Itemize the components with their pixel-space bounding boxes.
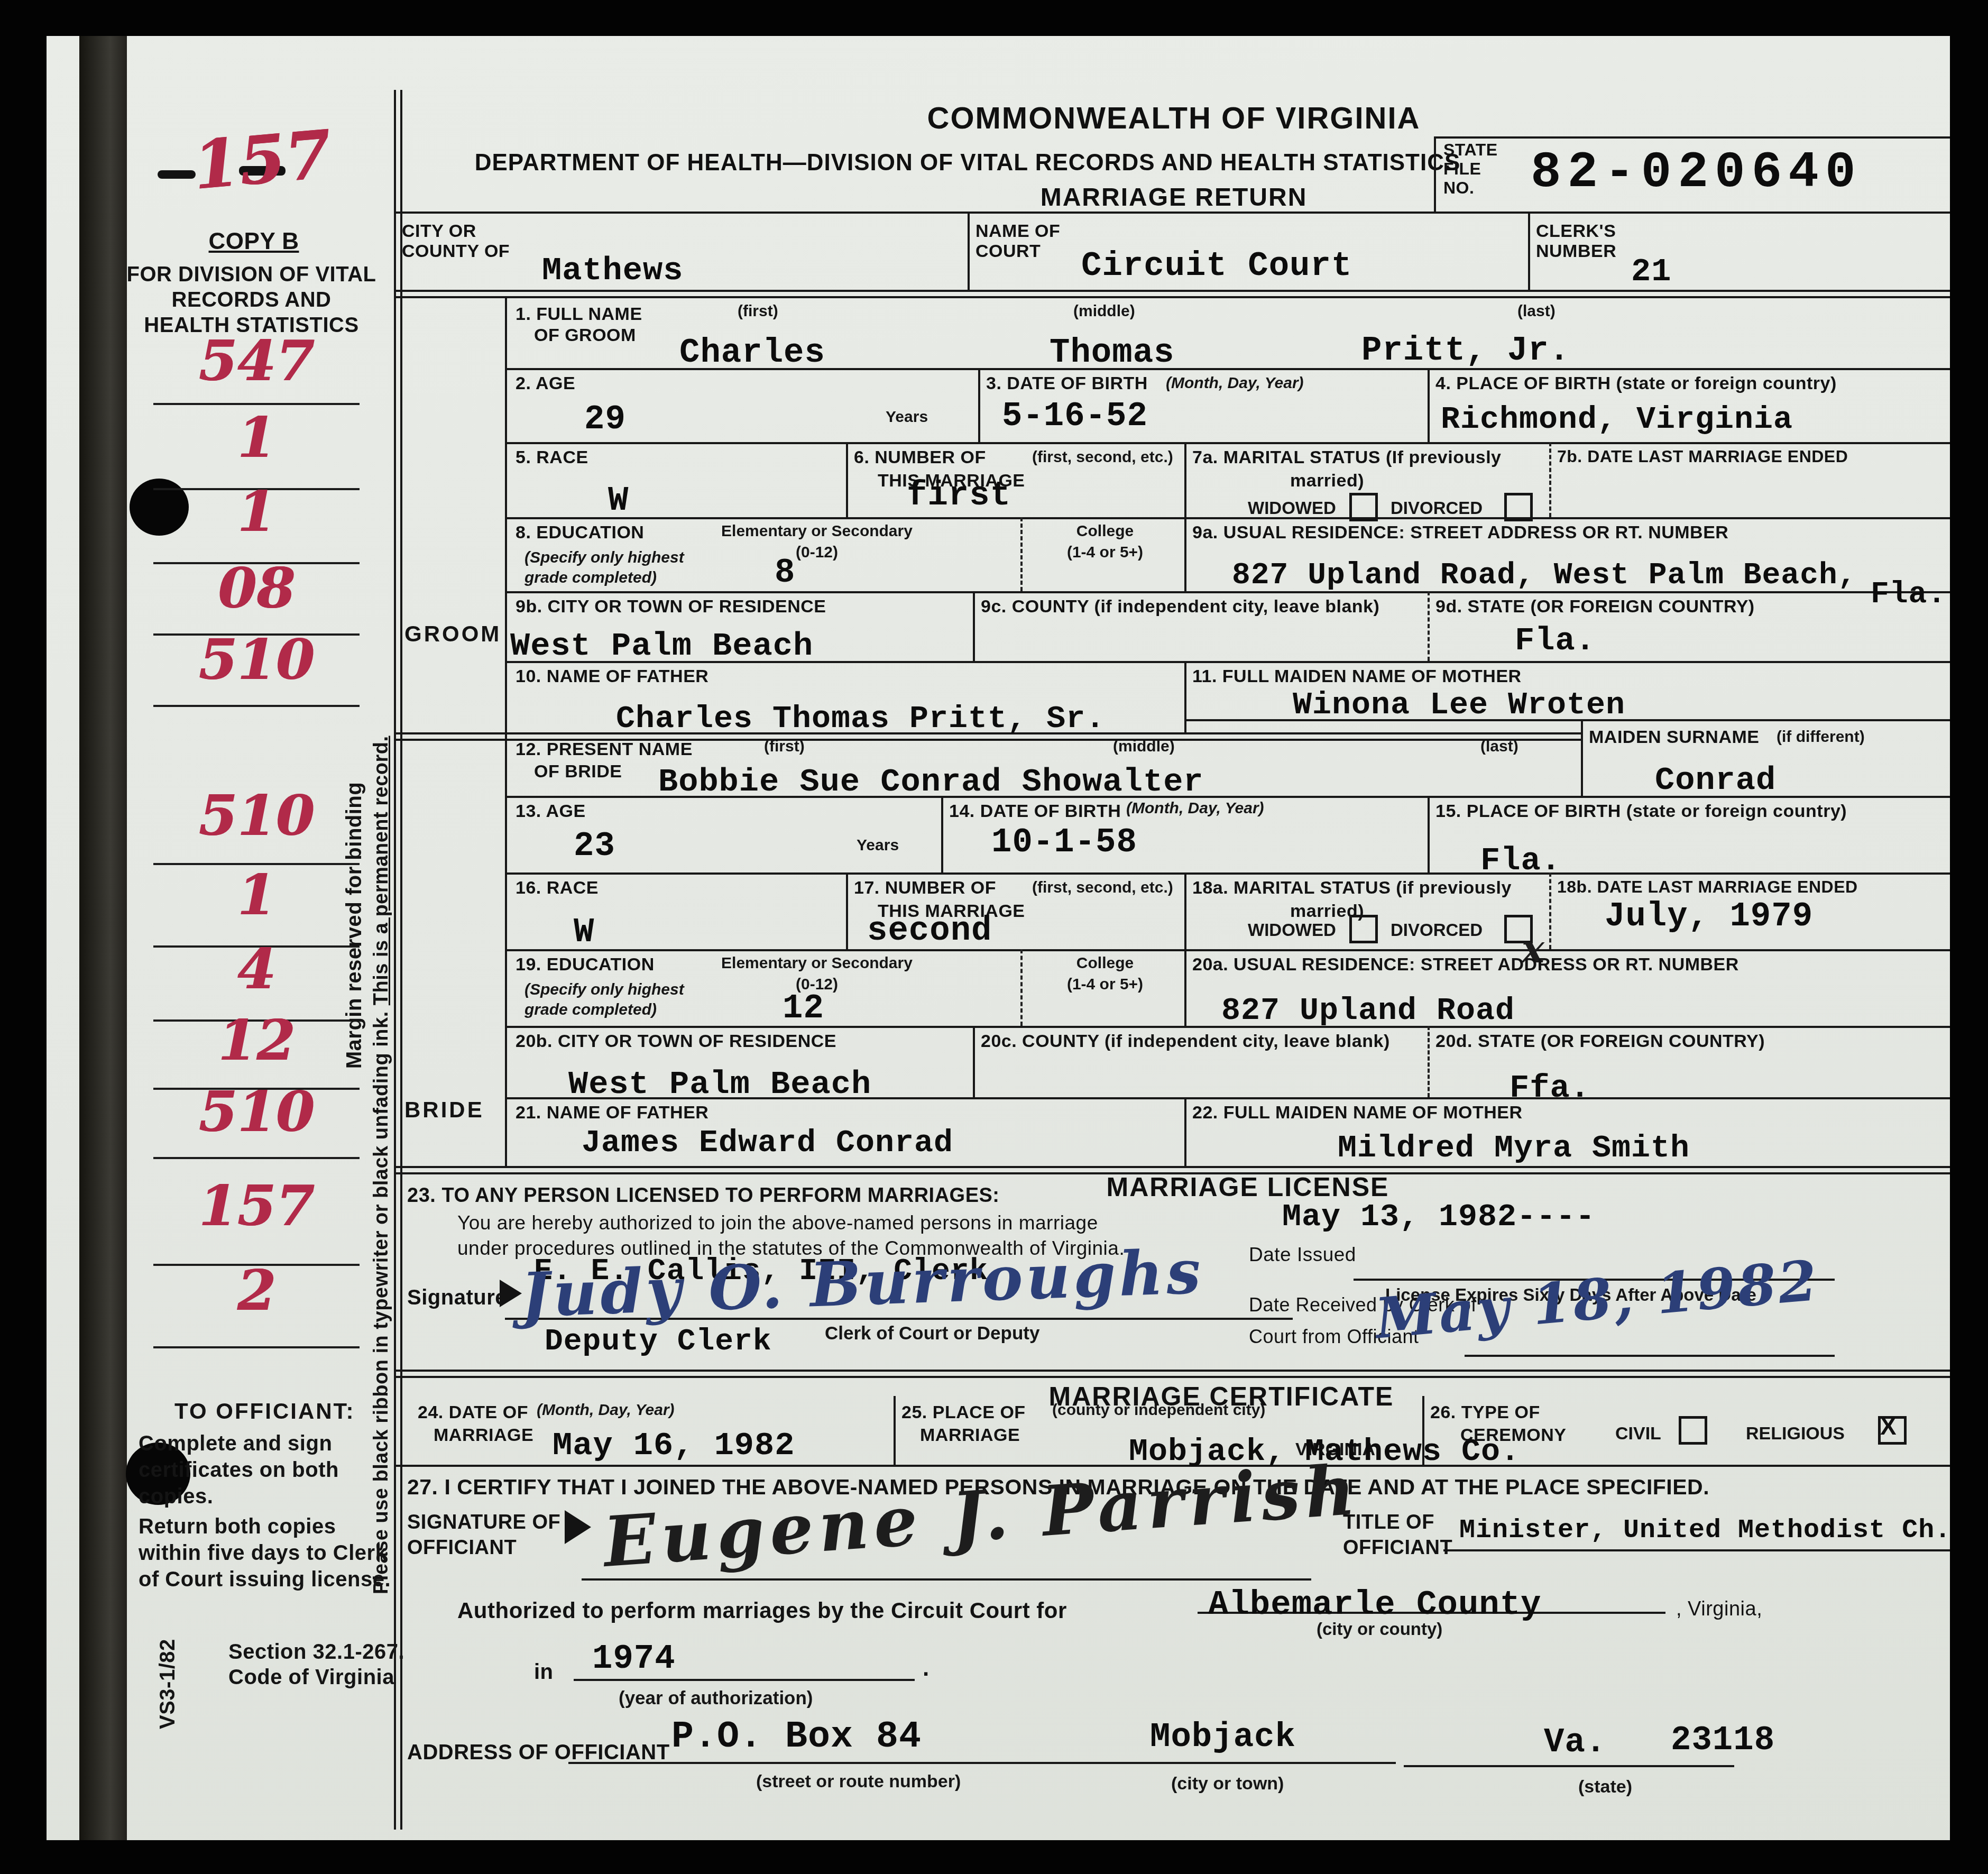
rule xyxy=(505,949,1950,951)
rule xyxy=(1434,136,1436,212)
bride-mother-value: Mildred Myra Smith xyxy=(1338,1131,1690,1166)
groom-marital-status-label-2: married) xyxy=(1290,471,1364,491)
court-value: Circuit Court xyxy=(1081,247,1352,286)
rule xyxy=(973,1026,975,1097)
marriage-date-label-1: 24. DATE OF xyxy=(418,1402,528,1422)
bride-city-value: West Palm Beach xyxy=(568,1065,871,1103)
auth-place-value: Albemarle County xyxy=(1208,1586,1542,1624)
groom-age-label: 2. AGE xyxy=(516,373,575,393)
license-title: MARRIAGE LICENSE xyxy=(1057,1172,1438,1202)
marriage-place-sub: (county or independent city) xyxy=(1052,1401,1265,1419)
groom-education-value: 8 xyxy=(775,554,795,592)
clerk-number-label-1: CLERK'S xyxy=(1536,221,1616,241)
city-county-label-1: CITY OR xyxy=(402,221,476,241)
form-code: VS3-1/82 xyxy=(156,1639,180,1729)
margin-red-number: 157 xyxy=(153,1178,360,1266)
bride-name-label-2: OF BRIDE xyxy=(534,761,622,782)
to-officiant-title: TO OFFICIANT: xyxy=(174,1399,355,1424)
rule xyxy=(1428,368,1430,442)
rule xyxy=(505,296,507,1166)
bride-divorced-label: DIVORCED xyxy=(1391,920,1483,940)
groom-race-label: 5. RACE xyxy=(516,447,588,467)
bride-race-label: 16. RACE xyxy=(516,878,599,898)
address-street-sub: (street or route number) xyxy=(756,1771,961,1792)
groom-pob-label: 4. PLACE OF BIRTH (state or foreign coun… xyxy=(1435,373,1837,393)
rule xyxy=(1549,442,1551,517)
margin-top-number: 157 xyxy=(190,116,334,205)
groom-marital-status-label-1: 7a. MARITAL STATUS (If previously xyxy=(1192,447,1502,467)
rule xyxy=(394,296,1950,298)
clerk-number-value: 21 xyxy=(1631,253,1671,290)
date-issued-value: May 13, 1982---- xyxy=(1282,1199,1595,1235)
groom-city-value: West Palm Beach xyxy=(510,627,813,665)
address-city-sub: (city or town) xyxy=(1171,1774,1284,1794)
bride-education-label: 19. EDUCATION xyxy=(516,954,655,975)
address-state-value: Va. xyxy=(1544,1724,1606,1762)
binding-note: Margin reserved for binding xyxy=(343,624,366,1227)
groom-race-value: W xyxy=(608,482,629,520)
address-zip-value: 23118 xyxy=(1671,1722,1775,1760)
pen-mark xyxy=(158,170,196,179)
groom-father-label: 10. NAME OF FATHER xyxy=(516,666,708,686)
margin-red-number: 547 xyxy=(153,333,360,405)
bride-elem-secondary-label: Elementary or Secondary xyxy=(664,954,970,972)
to-officiant-note-1: Complete and sign certificates on both c… xyxy=(139,1430,392,1510)
groom-residence-value-2: Fla. xyxy=(1871,577,1946,612)
bride-age-value: 23 xyxy=(574,828,615,866)
groom-dob-sub: (Month, Day, Year) xyxy=(1166,374,1304,392)
maiden-surname-label: MAIDEN SURNAME xyxy=(1589,727,1759,747)
ceremony-type-label-2: CEREMONY xyxy=(1460,1425,1566,1445)
state-file-number: 82-020640 xyxy=(1531,144,1862,201)
bride-pob-label: 15. PLACE OF BIRTH (state or foreign cou… xyxy=(1435,801,1847,821)
officiant-signature-label-1: SIGNATURE OF xyxy=(407,1511,560,1534)
state-file-label-2: FILE xyxy=(1443,160,1481,179)
binding-strip xyxy=(79,36,127,1840)
margin-red-number: 510 xyxy=(153,788,360,865)
department-title: DEPARTMENT OF HEALTH—DIVISION OF VITAL R… xyxy=(444,150,1491,176)
to-officiant-note-2: Return both copies within five days to C… xyxy=(139,1513,398,1593)
rule xyxy=(394,290,1950,292)
bride-middle-sub: (middle) xyxy=(1113,738,1175,756)
margin-red-number: 2 xyxy=(153,1263,360,1348)
rule xyxy=(1428,796,1430,872)
groom-mother-label: 11. FULL MAIDEN NAME OF MOTHER xyxy=(1192,666,1522,686)
period: . xyxy=(923,1655,929,1681)
groom-pob-value: Richmond, Virginia xyxy=(1441,402,1793,438)
groom-city-label: 9b. CITY OR TOWN OF RESIDENCE xyxy=(516,596,826,617)
bride-section-label: BRIDE xyxy=(404,1097,484,1123)
groom-widowed-checkbox xyxy=(1349,493,1378,521)
groom-dob-label: 3. DATE OF BIRTH xyxy=(986,373,1148,393)
ink-note: Please use black ribbon in typewriter or… xyxy=(370,225,393,1594)
bride-last-marriage-ended-value: July, 1979 xyxy=(1605,898,1813,936)
groom-residence-label: 9a. USUAL RESIDENCE: STREET ADDRESS OR R… xyxy=(1192,522,1728,543)
bride-county-label: 20c. COUNTY (if independent city, leave … xyxy=(981,1031,1390,1051)
maiden-surname-sub: (if different) xyxy=(1777,728,1865,746)
bride-mother-label: 22. FULL MAIDEN NAME OF MOTHER xyxy=(1192,1103,1523,1123)
margin-red-number: 510 xyxy=(153,632,360,707)
groom-age-value: 29 xyxy=(584,401,626,439)
bride-last-marriage-ended-label: 18b. DATE LAST MARRIAGE ENDED xyxy=(1557,878,1858,897)
groom-name-label-1: 1. FULL NAME xyxy=(516,304,642,324)
bride-years-label: Years xyxy=(857,837,899,855)
groom-divorced-checkbox xyxy=(1504,493,1533,521)
rule xyxy=(941,796,943,872)
groom-marriage-no-value: first xyxy=(907,477,1011,515)
officiant-signature-arrow-icon xyxy=(565,1510,591,1544)
bride-widowed-label: WIDOWED xyxy=(1248,920,1336,940)
bride-dob-label: 14. DATE OF BIRTH xyxy=(949,801,1121,821)
marriage-date-sub: (Month, Day, Year) xyxy=(537,1401,675,1419)
code-reference-line2: Code of Virginia xyxy=(228,1666,394,1689)
marriage-place-label-1: 25. PLACE OF xyxy=(901,1402,1026,1422)
groom-education-sub-2: grade completed) xyxy=(524,569,657,587)
rule xyxy=(1528,212,1530,290)
rule xyxy=(1428,1026,1430,1097)
bride-college-range: (1-4 or 5+) xyxy=(1031,976,1179,994)
years-label: Years xyxy=(886,408,928,426)
rule xyxy=(1184,661,1186,732)
bride-city-label: 20b. CITY OR TOWN OF RESIDENCE xyxy=(516,1031,836,1051)
officiant-signature-label-2: OFFICIANT xyxy=(407,1537,517,1559)
groom-first-name: Charles xyxy=(679,334,825,372)
address-street-value: P.O. Box 84 xyxy=(671,1716,922,1758)
college-range: (1-4 or 5+) xyxy=(1031,544,1179,562)
rule xyxy=(394,1370,1950,1372)
bride-dob-sub: (Month, Day, Year) xyxy=(1126,800,1264,817)
rule xyxy=(1581,719,1583,796)
permanent-record-note: This is a permanent record. xyxy=(370,736,392,1005)
bride-father-label: 21. NAME OF FATHER xyxy=(516,1103,708,1123)
clerk-number-label-2: NUMBER xyxy=(1536,241,1616,261)
court-label-1: NAME OF xyxy=(975,221,1060,241)
address-rule xyxy=(568,1762,1396,1764)
bride-state-label: 20d. STATE (OR FOREIGN COUNTRY) xyxy=(1435,1031,1765,1051)
rule xyxy=(394,212,1950,214)
license-text-line1: You are hereby authorized to join the ab… xyxy=(457,1212,1098,1234)
bride-first-sub: (first) xyxy=(764,738,805,756)
officiant-title-label-1: TITLE OF xyxy=(1343,1511,1434,1534)
bride-dob-value: 10-1-58 xyxy=(991,824,1137,862)
margin-red-number: 1 xyxy=(153,484,360,564)
marriage-date-label-2: MARRIAGE xyxy=(434,1425,533,1445)
civil-label: CIVIL xyxy=(1615,1423,1661,1444)
marriage-place-label-2: MARRIAGE xyxy=(920,1425,1020,1445)
rule xyxy=(1020,517,1023,591)
state-file-label-1: STATE xyxy=(1443,141,1498,160)
rule xyxy=(846,872,848,949)
rule xyxy=(846,442,848,517)
bride-name-value: Bobbie Sue Conrad Showalter xyxy=(658,763,1204,801)
groom-name-label-2: OF GROOM xyxy=(534,325,636,345)
marriage-date-value: May 16, 1982 xyxy=(553,1427,795,1464)
bride-widowed-checkbox xyxy=(1349,915,1378,943)
rule xyxy=(1428,591,1430,661)
address-state-sub: (state) xyxy=(1578,1777,1632,1797)
signature-arrow-icon xyxy=(500,1280,522,1307)
groom-county-label: 9c. COUNTY (if independent city, leave b… xyxy=(981,596,1379,617)
bride-residence-label: 20a. USUAL RESIDENCE: STREET ADDRESS OR … xyxy=(1192,954,1739,975)
rule xyxy=(505,517,1950,519)
groom-widowed-label: WIDOWED xyxy=(1248,498,1336,518)
last-sub: (last) xyxy=(1517,302,1556,320)
city-county-value: Mathews xyxy=(542,252,683,289)
rule xyxy=(400,90,402,1830)
bride-residence-value: 827 Upland Road xyxy=(1221,993,1515,1029)
bride-state-value: Ffa. xyxy=(1510,1069,1590,1107)
code-reference-line1: Section 32.1-267. xyxy=(228,1640,404,1664)
bride-education-value: 12 xyxy=(783,990,824,1028)
rule xyxy=(394,1376,1950,1378)
auth-year-value: 1974 xyxy=(592,1640,676,1678)
groom-father-value: Charles Thomas Pritt, Sr. xyxy=(616,701,1105,737)
groom-divorced-label: DIVORCED xyxy=(1391,498,1483,518)
rule xyxy=(1184,442,1186,517)
state-file-label-3: NO. xyxy=(1443,179,1474,198)
rule xyxy=(973,591,975,661)
groom-state-value: Fla. xyxy=(1515,622,1596,659)
groom-state-label: 9d. STATE (OR FOREIGN COUNTRY) xyxy=(1435,596,1755,617)
address-state-rule xyxy=(1404,1765,1734,1767)
bride-marriage-no-value: second xyxy=(867,912,992,950)
form-title: MARRIAGE RETURN xyxy=(973,183,1375,212)
groom-dob-value: 5-16-52 xyxy=(1002,398,1148,436)
address-label: ADDRESS OF OFFICIANT xyxy=(407,1741,670,1765)
elem-secondary-label: Elementary or Secondary xyxy=(664,522,970,540)
license-authorization-label: 23. TO ANY PERSON LICENSED TO PERFORM MA… xyxy=(407,1184,1000,1207)
groom-education-sub-1: (Specify only highest xyxy=(524,549,684,567)
bride-race-value: W xyxy=(574,914,594,952)
rule xyxy=(978,368,980,442)
bride-marital-status-label-1: 18a. MARITAL STATUS (if previously xyxy=(1192,878,1512,898)
rule xyxy=(1184,949,1186,1026)
bride-last-sub: (last) xyxy=(1480,738,1518,756)
bride-name-label-1: 12. PRESENT NAME xyxy=(516,739,693,759)
auth-year-rule xyxy=(574,1679,915,1681)
groom-last-name: Pritt, Jr. xyxy=(1361,332,1570,370)
city-county-label-2: COUNTY OF xyxy=(402,241,510,261)
officiant-title-value: Minister, United Methodist Ch. xyxy=(1459,1515,1951,1546)
margin-red-number: 510 xyxy=(153,1084,360,1159)
bride-education-sub-1: (Specify only highest xyxy=(524,981,684,999)
bride-marriage-no-sub: (first, second, etc.) xyxy=(1032,879,1173,897)
title-officiant-rule xyxy=(1443,1549,1950,1551)
civil-checkbox xyxy=(1679,1416,1707,1445)
groom-last-marriage-ended-label: 7b. DATE LAST MARRIAGE ENDED xyxy=(1557,447,1848,466)
college-label: College xyxy=(1031,522,1179,540)
groom-marriage-no-sub: (first, second, etc.) xyxy=(1032,448,1173,466)
rule xyxy=(1549,872,1551,949)
rule xyxy=(505,872,1950,875)
rule xyxy=(1184,1097,1186,1166)
copy-for-label: FOR DIVISION OF VITAL RECORDS AND HEALTH… xyxy=(126,262,377,338)
auth-virginia-suffix: , Virginia, xyxy=(1676,1598,1762,1621)
address-city-value: Mobjack xyxy=(1150,1719,1296,1757)
ink-note-text: Please use black ribbon in typewriter or… xyxy=(370,1005,392,1594)
middle-sub: (middle) xyxy=(1073,302,1135,320)
bride-education-sub-2: grade completed) xyxy=(524,1001,657,1019)
in-label: in xyxy=(534,1660,554,1684)
bride-father-value: James Edward Conrad xyxy=(582,1125,953,1161)
bride-age-label: 13. AGE xyxy=(516,801,586,821)
authorized-text: Authorized to perform marriages by the C… xyxy=(457,1598,1067,1623)
rule xyxy=(394,1166,1950,1168)
bride-marriage-no-label-1: 17. NUMBER OF xyxy=(854,878,996,898)
rule xyxy=(1184,872,1186,949)
signature-sub-label: Clerk of Court or Deputy xyxy=(825,1323,1039,1344)
copy-label: COPY B xyxy=(135,228,373,255)
court-label-2: COURT xyxy=(975,241,1041,261)
rule xyxy=(968,212,970,290)
officiant-signature-rule xyxy=(582,1578,1311,1581)
religious-check-mark: X xyxy=(1880,1412,1897,1440)
ceremony-type-label-1: 26. TYPE OF xyxy=(1430,1402,1540,1422)
rule xyxy=(1184,517,1186,591)
maiden-surname-value: Conrad xyxy=(1655,761,1776,799)
signature-label: Signature xyxy=(407,1286,507,1310)
groom-education-label: 8. EDUCATION xyxy=(516,522,644,543)
bride-pob-value: Fla. xyxy=(1480,842,1561,879)
year-sub: (year of authorization) xyxy=(619,1688,813,1709)
scanned-marriage-return: { "colors":{"paper":"#e6e9e4","ink":"#14… xyxy=(0,0,1988,1874)
rule xyxy=(1020,949,1023,1026)
groom-marriage-no-label-1: 6. NUMBER OF xyxy=(854,447,986,467)
groom-section-label: GROOM xyxy=(404,621,501,647)
rule xyxy=(394,90,396,1830)
groom-middle-name: Thomas xyxy=(1050,334,1174,372)
margin-red-number: 08 xyxy=(153,561,360,636)
date-issued-label: Date Issued xyxy=(1249,1244,1356,1265)
rule xyxy=(505,442,1950,444)
groom-residence-value: 827 Upland Road, West Palm Beach, xyxy=(1232,558,1857,593)
first-sub: (first) xyxy=(738,302,778,320)
rule xyxy=(1434,136,1950,139)
rule xyxy=(894,1396,896,1465)
deputy-clerk: Deputy Clerk xyxy=(545,1325,772,1359)
bride-college-label: College xyxy=(1031,954,1179,972)
commonwealth-title: COMMONWEALTH OF VIRGINIA xyxy=(830,100,1517,136)
date-received-rule xyxy=(1465,1355,1835,1357)
groom-mother-value: Winona Lee Wroten xyxy=(1293,687,1625,723)
elem-secondary-range: (0-12) xyxy=(664,544,970,562)
religious-label: RELIGIOUS xyxy=(1746,1423,1845,1444)
officiant-title-label-2: OFFICIANT xyxy=(1343,1537,1452,1559)
